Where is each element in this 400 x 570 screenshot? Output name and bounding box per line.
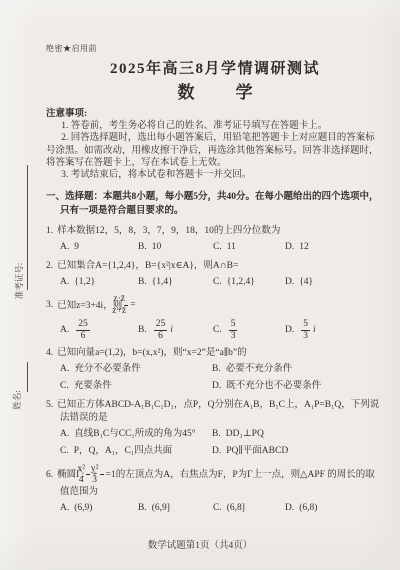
option-label: B. [138, 242, 147, 252]
option-b: B.{1,4} [138, 276, 213, 289]
question-number: 3. [46, 301, 53, 311]
option-label: C. [213, 277, 222, 287]
question-6-stem: 6.椭圆Γ:x²4+y²3=1的左顶点为A，右焦点为F，P为Γ上一点，则△APF… [46, 464, 384, 499]
option-text: 11 [227, 242, 236, 252]
option-text: 充分不必要条件 [74, 364, 141, 374]
classification-label: 绝密★启用前 [46, 44, 384, 54]
option-label: C. [213, 325, 222, 335]
option-label: D. [285, 277, 294, 287]
question-5-options: A.直线B₁C与CC₁所成的角为45° B.DD₁⊥PQ C.P，Q，A₁，C₁… [46, 428, 384, 458]
option-suffix: i [170, 325, 173, 335]
option-label: A. [60, 325, 69, 335]
page-footer: 数学试题第1页（共4页） [0, 537, 400, 551]
fraction: y²3 [100, 464, 104, 486]
option-label: B. [138, 325, 147, 335]
option-text: PQ∥平面ABCD [226, 446, 288, 456]
fraction-denominator: 4 [86, 475, 90, 485]
option-c: C.{1,2,4} [213, 276, 285, 289]
option-label: C. [213, 503, 222, 513]
question-4-stem: 4.已知向量a=(1,2)，b=(x,x²)，则“x=2”是“a∥b”的 [46, 347, 384, 360]
option-text: {4} [299, 277, 313, 287]
fraction: 53 [301, 319, 310, 341]
option-label: B. [212, 364, 221, 374]
option-b: B.256i [138, 319, 213, 341]
question-4: 4.已知向量a=(1,2)，b=(x,x²)，则“x=2”是“a∥b”的 A.充… [46, 347, 384, 393]
fraction: 256 [154, 319, 168, 341]
question-2-stem: 2.已知集合A={1,2,4}，B={x²|x∈A}，则A∩B= [46, 260, 384, 273]
fraction-numerator: 5 [229, 319, 238, 330]
option-b: B.DD₁⊥PQ [212, 428, 384, 441]
question-text: =1的左顶点为A，右焦点为F，P为Γ上一点，则△APF 的周长的取值范围为 [60, 470, 375, 497]
option-label: D. [212, 381, 221, 391]
subject-title: 数 学 [46, 82, 384, 104]
option-text: (6,9) [74, 503, 92, 513]
section-heading-choice: 一、选择题：本题共8小题，每小题5分，共40分。在每小题给出的四个选项中，只有一… [46, 190, 384, 219]
option-suffix: i [313, 325, 316, 335]
fraction-denominator: 3 [301, 331, 310, 341]
question-text: = [130, 301, 135, 311]
question-2: 2.已知集合A={1,2,4}，B={x²|x∈A}，则A∩B= A.{1,2}… [46, 260, 384, 289]
fraction-numerator: y² [100, 464, 104, 475]
fraction-denominator: z+z̄ [124, 306, 128, 316]
fraction-numerator: 5 [301, 319, 310, 330]
question-5-stem: 5.已知正方体ABCD-A₁B₁C₁D₁，点P，Q分别在A₁B，B₁C上，A₁P… [46, 399, 384, 425]
option-label: B. [212, 429, 221, 439]
question-number: 6. [46, 470, 53, 480]
option-text: {1,2} [74, 277, 95, 287]
question-5: 5.已知正方体ABCD-A₁B₁C₁D₁，点P，Q分别在A₁B，B₁C上，A₁P… [46, 399, 384, 458]
option-label: A. [60, 242, 69, 252]
option-label: D. [212, 446, 221, 456]
fraction-numerator: 25 [76, 319, 90, 330]
option-c: C.11 [213, 241, 285, 254]
question-3: 3.已知z=3+4i，则z·z̄z+z̄= A.256 B.256i C.53 … [46, 294, 384, 341]
notes-heading: 注意事项: [46, 108, 384, 120]
option-label: C. [60, 381, 69, 391]
option-label: C. [60, 446, 69, 456]
option-c: C.53 [213, 319, 285, 341]
page-title: 2025年高三8月学情调研测试 [46, 60, 384, 80]
note-item-3: 3. 考试结束后，将本试卷和答题卡一并交回。 [46, 169, 384, 181]
question-number: 5. [46, 400, 53, 410]
question-2-options: A.{1,2} B.{1,4} C.{1,2,4} D.{4} [46, 276, 384, 289]
option-a: A.充分不必要条件 [60, 363, 212, 376]
option-a: A.9 [60, 241, 138, 254]
exam-number-label: 准考证号: [13, 263, 25, 299]
option-a: A.256 [60, 319, 138, 341]
option-text: 10 [152, 242, 162, 252]
seal-line-lower [27, 362, 28, 392]
question-text: 已知正方体ABCD-A₁B₁C₁D₁，点P，Q分别在A₁B，B₁C上，A₁P=B… [57, 400, 379, 423]
option-d: D.53i [285, 319, 384, 341]
note-item-2: 2. 回答选择题时，选出每小题答案后，用铅笔把答题卡上对应题目的答案标号涂黑。如… [46, 132, 384, 168]
option-b: B.必要不充分条件 [212, 363, 384, 376]
question-3-stem: 3.已知z=3+4i，则z·z̄z+z̄= [46, 294, 384, 316]
question-1-options: A.9 B.10 C.11 D.12 [46, 241, 384, 254]
option-text: 12 [299, 242, 309, 252]
fraction: 256 [76, 319, 90, 341]
option-label: A. [60, 503, 69, 513]
fraction: x²4 [86, 464, 90, 486]
option-a: A.{1,2} [60, 276, 138, 289]
option-label: D. [285, 325, 294, 335]
question-text: 样本数据12，5，8，3，7，9，18，10的上四分位数为 [57, 226, 280, 236]
seal-line-upper [27, 165, 28, 290]
option-label: D. [285, 242, 294, 252]
question-6-options: A.(6,9) B.(6,9] C.(6,8] D.(6,8) [46, 502, 384, 515]
option-d: D.{4} [285, 276, 384, 289]
fraction-numerator: z·z̄ [124, 294, 128, 305]
option-text: (6,8) [299, 503, 317, 513]
note-item-1: 1. 答卷前，考生务必将自己的姓名、准考证号填写在答题卡上。 [46, 120, 384, 132]
option-a: A.直线B₁C与CC₁所成的角为45° [60, 428, 212, 441]
question-6: 6.椭圆Γ:x²4+y²3=1的左顶点为A，右焦点为F，P为Γ上一点，则△APF… [46, 464, 384, 515]
option-text: 既不充分也不必要条件 [226, 381, 321, 391]
option-text: 充要条件 [74, 381, 112, 391]
option-label: D. [285, 503, 294, 513]
fraction-numerator: x² [86, 464, 90, 475]
question-1-stem: 1.样本数据12，5，8，3，7，9，18，10的上四分位数为 [46, 225, 384, 238]
option-c: C.(6,8] [213, 502, 285, 515]
question-3-options: A.256 B.256i C.53 D.53i [46, 319, 384, 341]
option-text: (6,9] [152, 503, 170, 513]
option-text: {1,4} [152, 277, 173, 287]
option-text: 必要不充分条件 [226, 364, 293, 374]
option-d: D.PQ∥平面ABCD [212, 445, 384, 458]
fraction-denominator: 6 [76, 331, 90, 341]
option-label: B. [138, 277, 147, 287]
option-label: A. [60, 429, 69, 439]
option-text: {1,2,4} [227, 277, 255, 287]
fraction-denominator: 6 [154, 331, 168, 341]
fraction-denominator: 3 [100, 475, 104, 485]
paper-content: 绝密★启用前 2025年高三8月学情调研测试 数 学 注意事项: 1. 答卷前，… [46, 44, 384, 515]
question-number: 4. [46, 348, 53, 358]
fraction-numerator: 25 [154, 319, 168, 330]
exam-paper-page: 准考证号: 姓名: 绝密★启用前 2025年高三8月学情调研测试 数 学 注意事… [0, 0, 400, 570]
fraction-denominator: 3 [229, 331, 238, 341]
option-text: 直线B₁C与CC₁所成的角为45° [74, 429, 195, 439]
option-a: A.(6,9) [60, 502, 138, 515]
question-1: 1.样本数据12，5，8，3，7，9，18，10的上四分位数为 A.9 B.10… [46, 225, 384, 254]
name-label: 姓名: [11, 390, 23, 409]
option-text: (6,8] [227, 503, 245, 513]
option-label: B. [138, 503, 147, 513]
fraction: 53 [229, 319, 238, 341]
option-label: A. [60, 364, 69, 374]
option-label: A. [60, 277, 69, 287]
option-label: C. [213, 242, 222, 252]
question-number: 1. [46, 226, 53, 236]
option-d: D.既不充分也不必要条件 [212, 380, 384, 393]
question-text: 已知集合A={1,2,4}，B={x²|x∈A}，则A∩B= [57, 261, 238, 271]
option-d: D.12 [285, 241, 384, 254]
option-c: C.P，Q，A₁，C₁四点共面 [60, 445, 212, 458]
option-text: 9 [74, 242, 79, 252]
option-b: B.10 [138, 241, 213, 254]
notes-section: 注意事项: 1. 答卷前，考生务必将自己的姓名、准考证号填写在答题卡上。 2. … [46, 108, 384, 181]
option-d: D.(6,8) [285, 502, 384, 515]
option-b: B.(6,9] [138, 502, 213, 515]
question-text: 已知向量a=(1,2)，b=(x,x²)，则“x=2”是“a∥b”的 [57, 348, 247, 358]
question-number: 2. [46, 261, 53, 271]
option-text: P，Q，A₁，C₁四点共面 [74, 446, 172, 456]
option-text: DD₁⊥PQ [226, 429, 264, 439]
option-c: C.充要条件 [60, 380, 212, 393]
question-4-options: A.充分不必要条件 B.必要不充分条件 C.充要条件 D.既不充分也不必要条件 [46, 363, 384, 393]
fraction: z·z̄z+z̄ [124, 294, 128, 316]
